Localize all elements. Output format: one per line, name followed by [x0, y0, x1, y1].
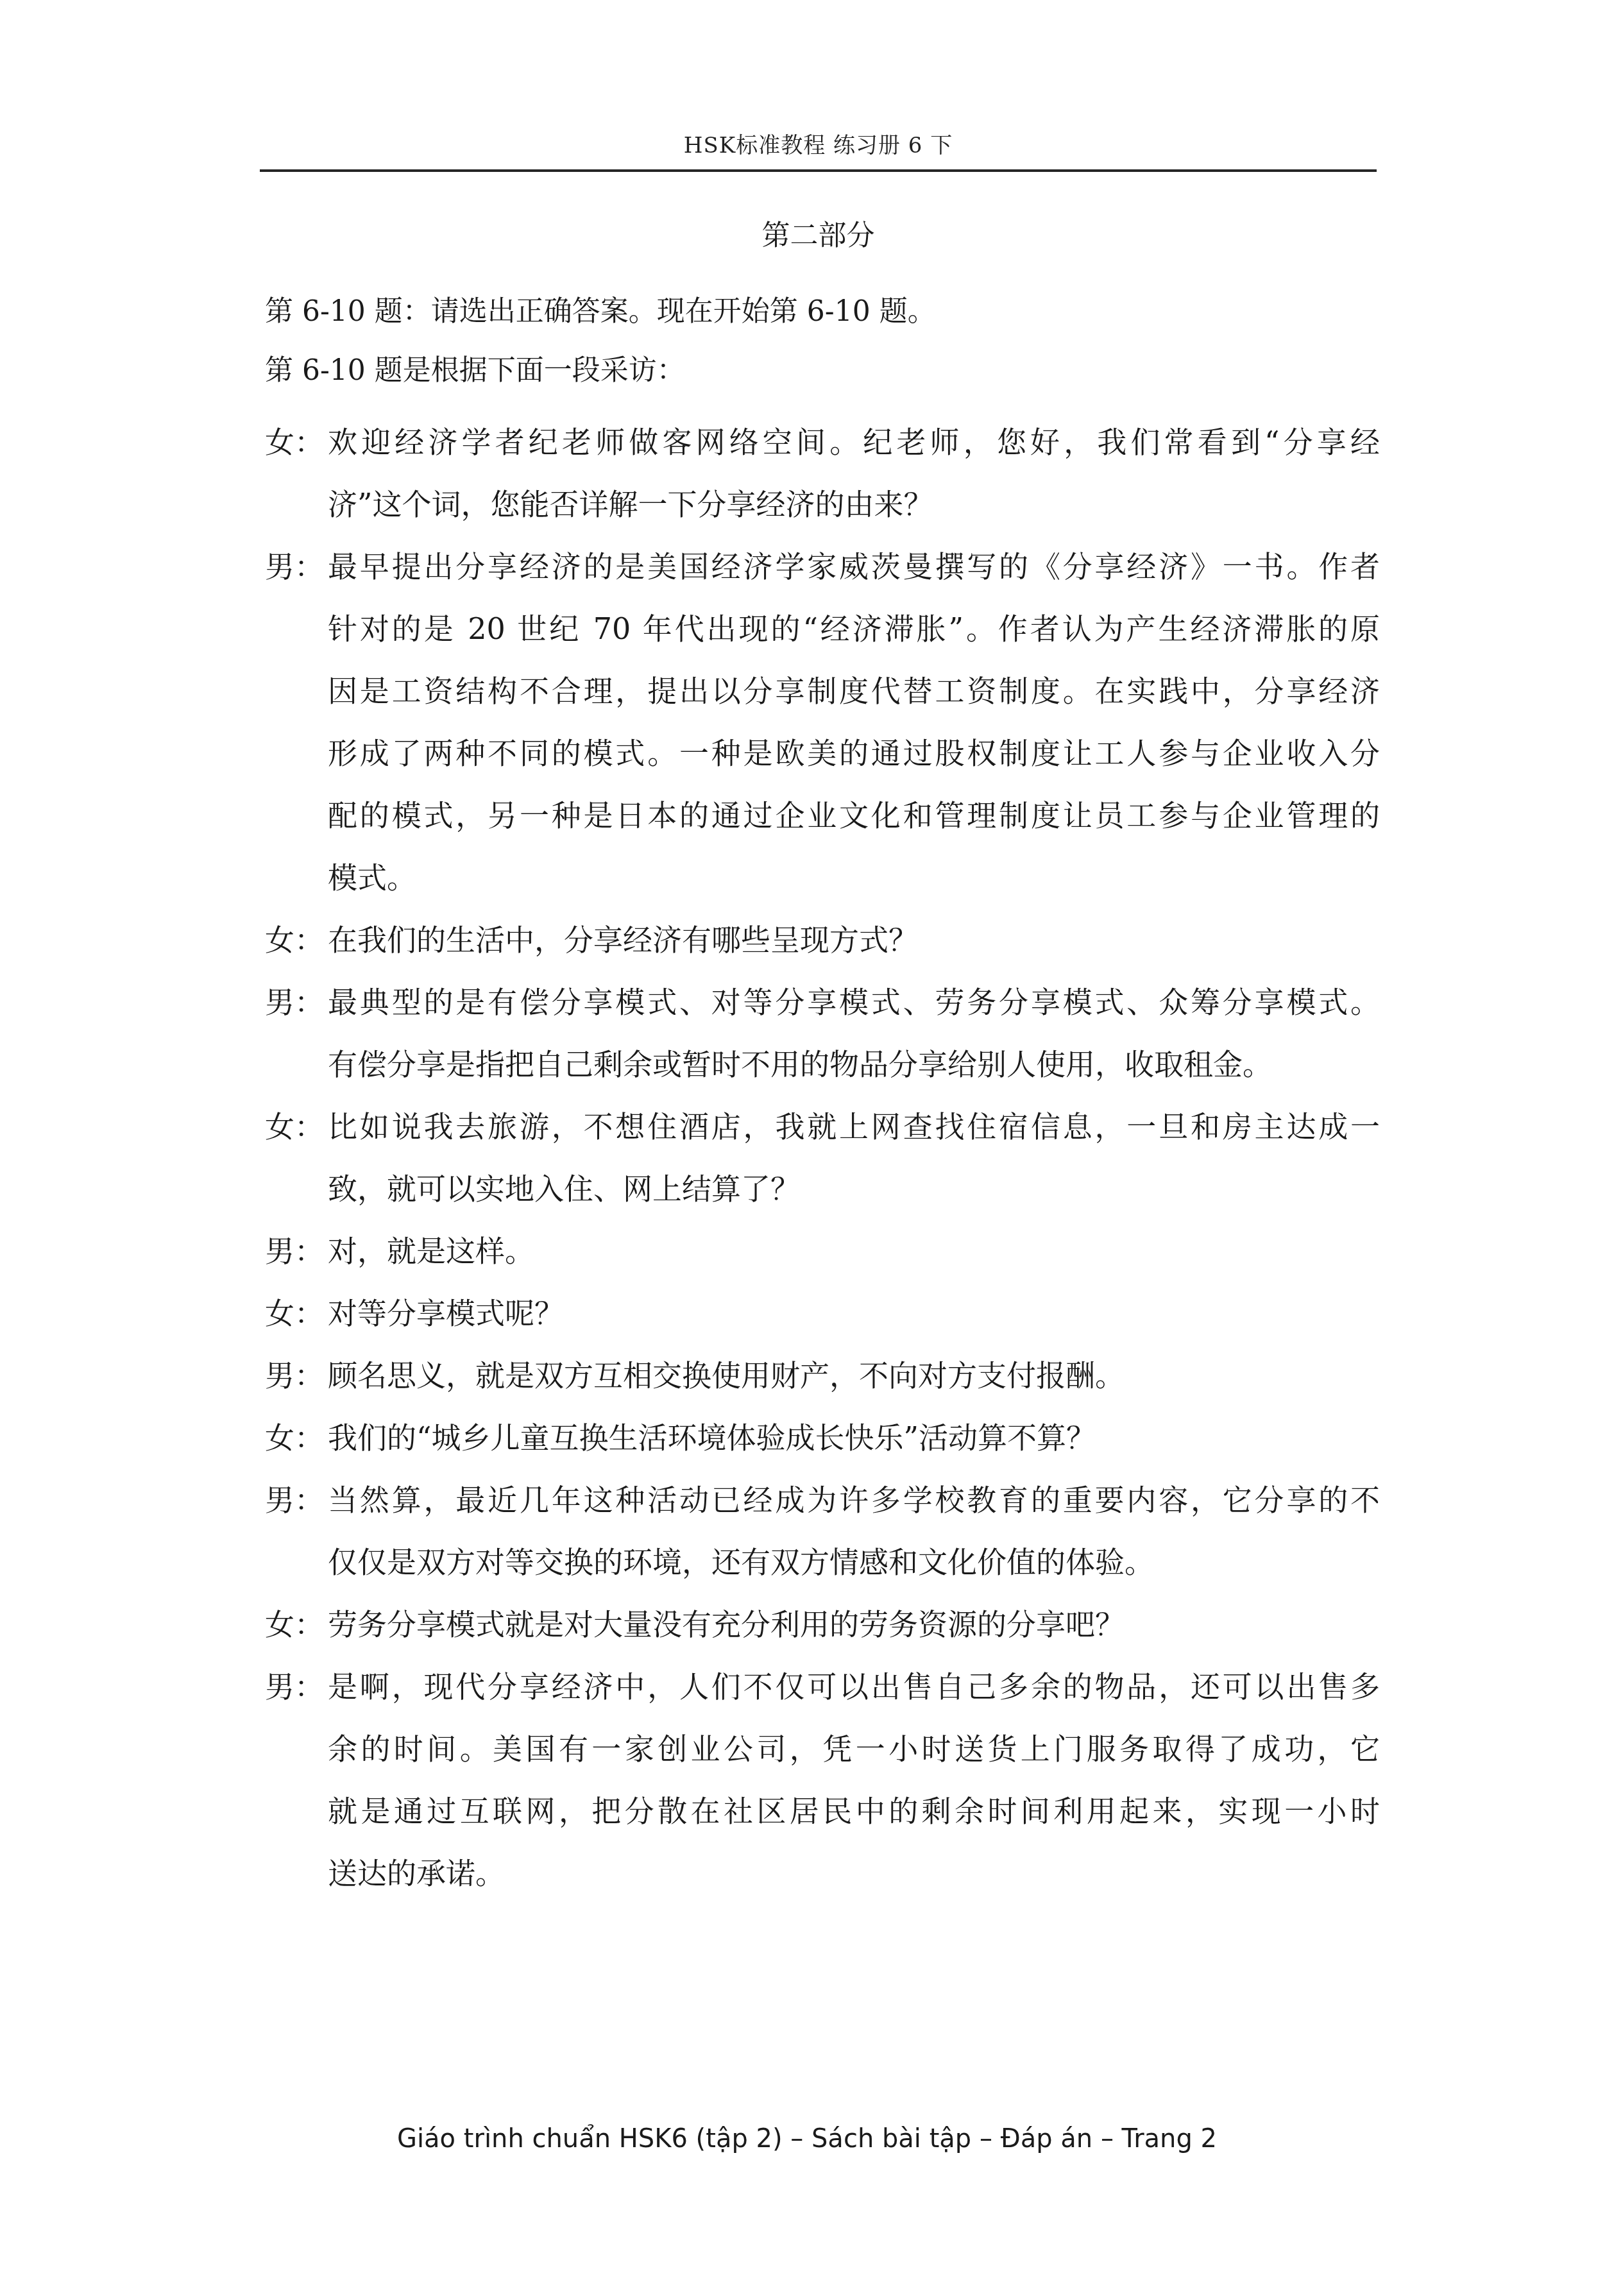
speech-text: 我们的“城乡儿童互换生活环境体验成长快乐”活动算不算？	[328, 1407, 1380, 1469]
speaker-label: 男：	[265, 1345, 328, 1407]
speech-line: 模式。	[328, 847, 1380, 909]
dialogue-turn: 男： 最早提出分享经济的是美国经济学家威茨曼撰写的《分享经济》一书。作者 针对的…	[265, 536, 1381, 909]
instruction-line: 第 6-10 题是根据下面一段采访：	[265, 341, 1381, 400]
speech-line: 在我们的生活中，分享经济有哪些呈现方式？	[328, 909, 1380, 971]
speech-line: 顾名思义，就是双方互相交换使用财产，不向对方支付报酬。	[328, 1345, 1380, 1407]
speech-line: 形成了两种不同的模式。一种是欧美的通过股权制度让工人参与企业收入分	[328, 722, 1380, 785]
speaker-label: 女：	[265, 1407, 328, 1469]
speech-line: 配的模式，另一种是日本的通过企业文化和管理制度让员工参与企业管理的	[328, 785, 1380, 847]
dialogue-turn: 男： 最典型的是有偿分享模式、对等分享模式、劳务分享模式、众筹分享模式。 有偿分…	[265, 971, 1381, 1096]
dialogue-turn: 女： 在我们的生活中，分享经济有哪些呈现方式？	[265, 909, 1381, 971]
speech-line: 是啊，现代分享经济中，人们不仅可以出售自己多余的物品，还可以出售多	[328, 1656, 1380, 1718]
speech-text: 当然算，最近几年这种活动已经成为许多学校教育的重要内容，它分享的不 仅仅是双方对…	[328, 1469, 1380, 1594]
dialogue-turn: 男： 是啊，现代分享经济中，人们不仅可以出售自己多余的物品，还可以出售多 余的时…	[265, 1656, 1381, 1905]
speech-line: 最典型的是有偿分享模式、对等分享模式、劳务分享模式、众筹分享模式。	[328, 971, 1380, 1033]
speaker-label: 男：	[265, 1220, 328, 1282]
speech-line: 针对的是 20 世纪 70 年代出现的“经济滞胀”。作者认为产生经济滞胀的原	[328, 598, 1380, 660]
dialogue-turn: 女： 我们的“城乡儿童互换生活环境体验成长快乐”活动算不算？	[265, 1407, 1381, 1469]
speech-line: 济”这个词，您能否详解一下分享经济的由来？	[328, 473, 1380, 536]
section-title: 第二部分	[260, 217, 1377, 255]
instruction-line: 第 6-10 题：请选出正确答案。现在开始第 6-10 题。	[265, 282, 1381, 341]
speech-text: 对，就是这样。	[328, 1220, 1380, 1282]
dialogue-turn: 男： 当然算，最近几年这种活动已经成为许多学校教育的重要内容，它分享的不 仅仅是…	[265, 1469, 1381, 1594]
speech-text: 劳务分享模式就是对大量没有充分利用的劳务资源的分享吧？	[328, 1594, 1380, 1656]
dialogue-turn: 女： 比如说我去旅游，不想住酒店，我就上网查找住宿信息，一旦和房主达成一 致，就…	[265, 1096, 1381, 1220]
speech-line: 余的时间。美国有一家创业公司，凭一小时送货上门服务取得了成功，它	[328, 1718, 1380, 1780]
speech-text: 在我们的生活中，分享经济有哪些呈现方式？	[328, 909, 1380, 971]
dialogue-turn: 女： 对等分享模式呢？	[265, 1282, 1381, 1345]
speech-text: 最早提出分享经济的是美国经济学家威茨曼撰写的《分享经济》一书。作者 针对的是 2…	[328, 536, 1380, 909]
speech-line: 劳务分享模式就是对大量没有充分利用的劳务资源的分享吧？	[328, 1594, 1380, 1656]
speech-line: 就是通过互联网，把分散在社区居民中的剩余时间利用起来，实现一小时	[328, 1780, 1380, 1842]
speech-line: 对等分享模式呢？	[328, 1282, 1380, 1345]
speaker-label: 男：	[265, 971, 328, 1033]
speech-text: 欢迎经济学者纪老师做客网络空间。纪老师，您好，我们常看到“分享经 济”这个词，您…	[328, 411, 1380, 536]
speech-line: 仅仅是双方对等交换的环境，还有双方情感和文化价值的体验。	[328, 1531, 1380, 1594]
speech-line: 有偿分享是指把自己剩余或暂时不用的物品分享给别人使用，收取租金。	[328, 1033, 1380, 1096]
header-divider	[260, 169, 1377, 172]
interview-transcript: 女： 欢迎经济学者纪老师做客网络空间。纪老师，您好，我们常看到“分享经 济”这个…	[265, 411, 1381, 1905]
speech-line: 送达的承诺。	[328, 1842, 1380, 1905]
speech-line: 欢迎经济学者纪老师做客网络空间。纪老师，您好，我们常看到“分享经	[328, 411, 1380, 473]
page-header: HSK标准教程 练习册 6 下	[260, 132, 1377, 160]
speaker-label: 女：	[265, 411, 328, 473]
speaker-label: 男：	[265, 1469, 328, 1531]
page-footer: Giáo trình chuẩn HSK6 (tập 2) – Sách bài…	[0, 2121, 1614, 2157]
speech-text: 对等分享模式呢？	[328, 1282, 1380, 1345]
speaker-label: 男：	[265, 1656, 328, 1718]
dialogue-turn: 男： 对，就是这样。	[265, 1220, 1381, 1282]
dialogue-turn: 女： 欢迎经济学者纪老师做客网络空间。纪老师，您好，我们常看到“分享经 济”这个…	[265, 411, 1381, 536]
speech-line: 致，就可以实地入住、网上结算了？	[328, 1158, 1380, 1220]
speech-text: 最典型的是有偿分享模式、对等分享模式、劳务分享模式、众筹分享模式。 有偿分享是指…	[328, 971, 1380, 1096]
speaker-label: 男：	[265, 536, 328, 598]
speech-line: 因是工资结构不合理，提出以分享制度代替工资制度。在实践中，分享经济	[328, 660, 1380, 722]
speaker-label: 女：	[265, 1282, 328, 1345]
speech-line: 对，就是这样。	[328, 1220, 1380, 1282]
instructions: 第 6-10 题：请选出正确答案。现在开始第 6-10 题。 第 6-10 题是…	[265, 282, 1381, 400]
speech-line: 我们的“城乡儿童互换生活环境体验成长快乐”活动算不算？	[328, 1407, 1380, 1469]
speech-text: 顾名思义，就是双方互相交换使用财产，不向对方支付报酬。	[328, 1345, 1380, 1407]
speech-line: 最早提出分享经济的是美国经济学家威茨曼撰写的《分享经济》一书。作者	[328, 536, 1380, 598]
dialogue-turn: 男： 顾名思义，就是双方互相交换使用财产，不向对方支付报酬。	[265, 1345, 1381, 1407]
dialogue-turn: 女： 劳务分享模式就是对大量没有充分利用的劳务资源的分享吧？	[265, 1594, 1381, 1656]
speaker-label: 女：	[265, 1096, 328, 1158]
speaker-label: 女：	[265, 909, 328, 971]
speech-text: 比如说我去旅游，不想住酒店，我就上网查找住宿信息，一旦和房主达成一 致，就可以实…	[328, 1096, 1380, 1220]
speech-text: 是啊，现代分享经济中，人们不仅可以出售自己多余的物品，还可以出售多 余的时间。美…	[328, 1656, 1380, 1905]
speech-line: 比如说我去旅游，不想住酒店，我就上网查找住宿信息，一旦和房主达成一	[328, 1096, 1380, 1158]
speech-line: 当然算，最近几年这种活动已经成为许多学校教育的重要内容，它分享的不	[328, 1469, 1380, 1531]
speaker-label: 女：	[265, 1594, 328, 1656]
